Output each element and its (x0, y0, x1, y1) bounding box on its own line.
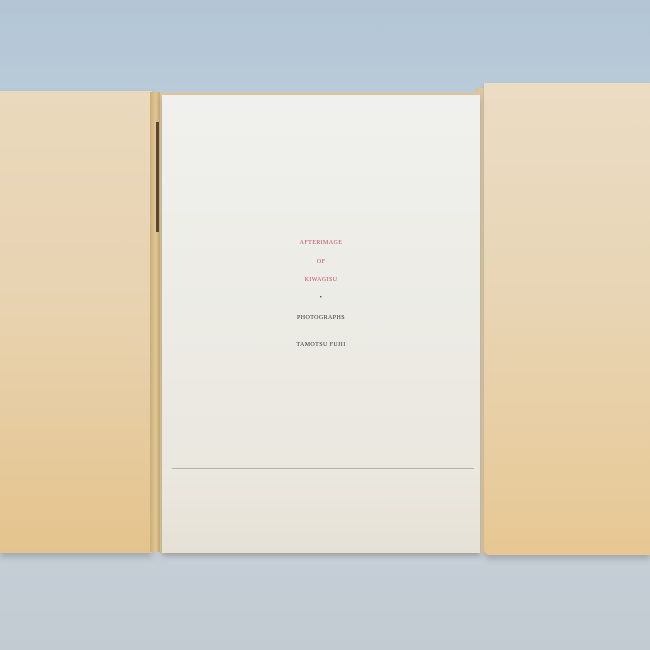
spine-gap (156, 122, 159, 232)
left-folder-flap (0, 91, 152, 553)
tissue-fold-line (172, 468, 474, 469)
title-line-of: OF (162, 259, 480, 265)
author-name: TAMOTSU FUJII (162, 342, 480, 348)
title-line-afterimage: AFTERIMAGE (162, 240, 480, 246)
tissue-title-page: AFTERIMAGE OF KIWAGISU • PHOTOGRAPHS TAM… (162, 95, 480, 553)
title-line-kiwagisu: KIWAGISU (162, 277, 480, 283)
subtitle-photographs: PHOTOGRAPHS (162, 315, 480, 321)
right-folder-flap (484, 83, 650, 555)
tissue-lower-fold (162, 469, 480, 553)
title-separator: • (162, 295, 480, 301)
